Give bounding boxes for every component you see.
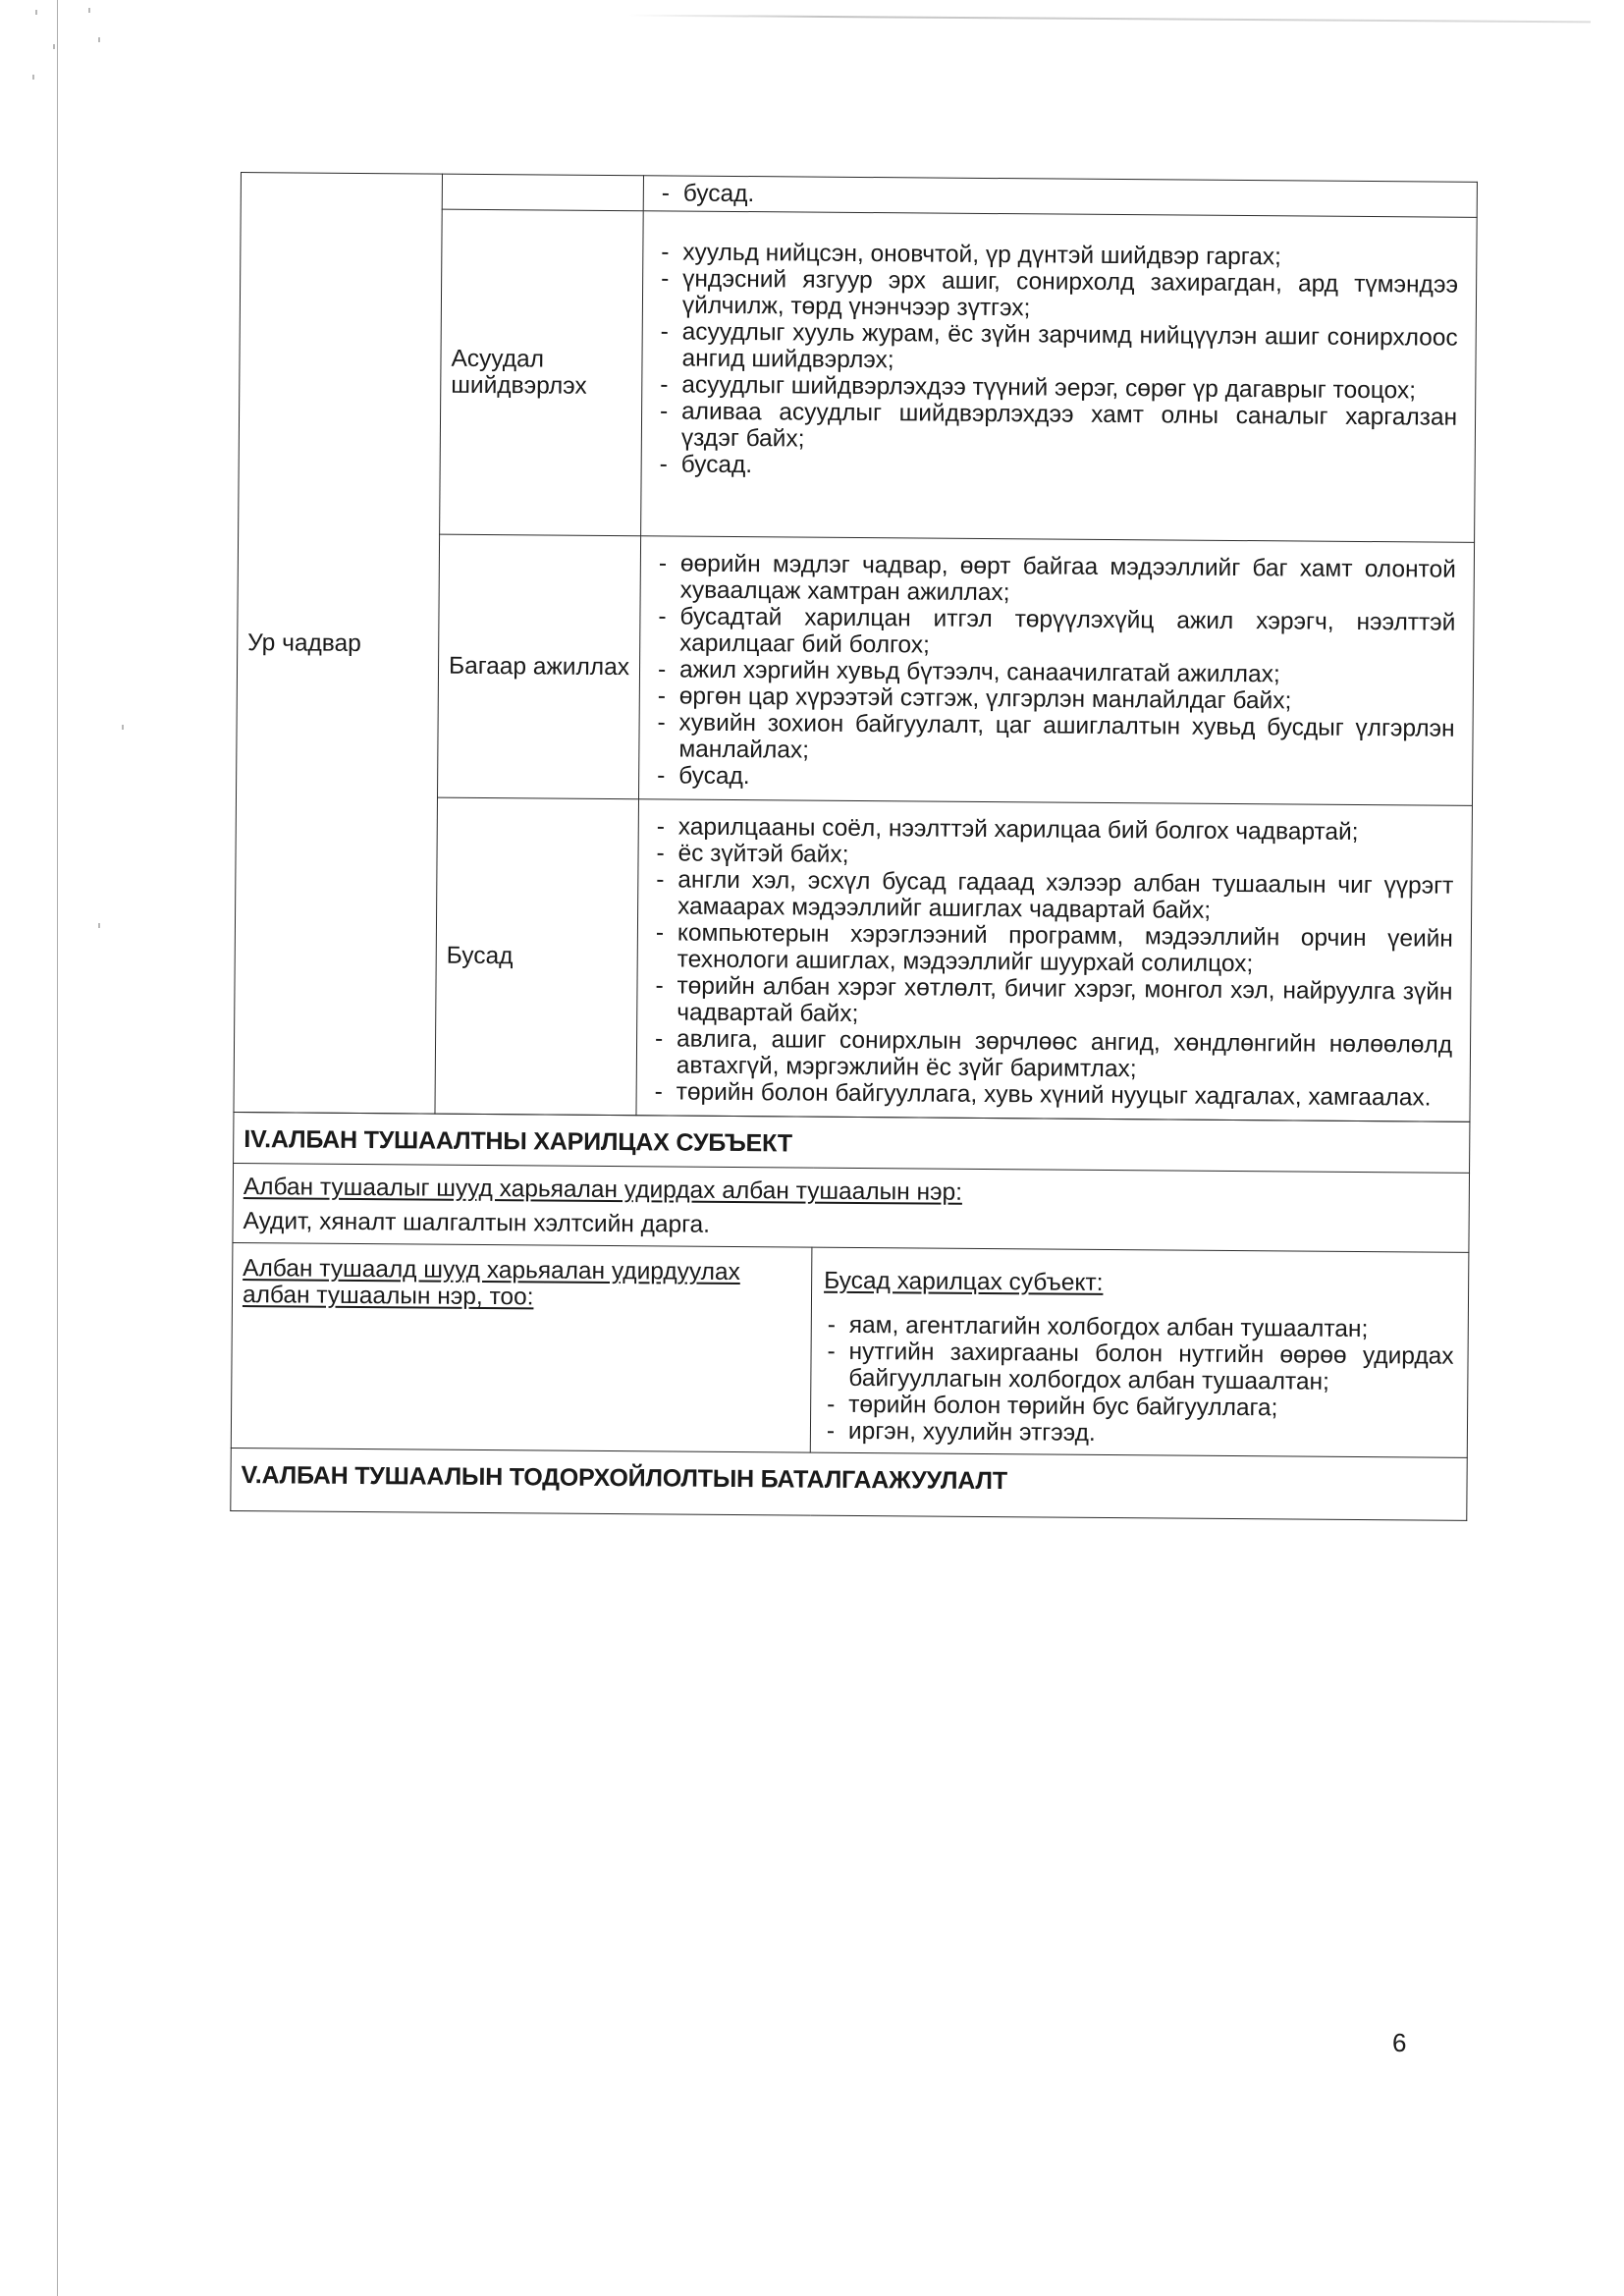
list-item: үндэсний язгуур эрх ашиг, сонирхолд захи… <box>657 265 1458 324</box>
items-cell: өөрийн мэдлэг чадвар, өөрт байгаа мэдээл… <box>638 536 1474 806</box>
list-item: компьютерын хэрэглээний программ, мэдээл… <box>652 919 1453 978</box>
items-cell: хуульд нийцсэн, оновчтой, үр дүнтэй шийд… <box>641 211 1478 543</box>
scan-speck <box>98 37 100 42</box>
category-label: Ур чадвар <box>247 629 361 657</box>
scan-speck <box>122 725 124 730</box>
section5-heading: V.АЛБАН ТУШААЛЫН ТОДОРХОЙЛОЛТЫН БАТАЛГАА… <box>231 1448 1467 1520</box>
scan-top-line <box>628 15 1591 24</box>
list-item: аливаа асуудлыг шийдвэрлэхдээ хамт олны … <box>656 398 1457 457</box>
sub-label-cell: Бусад <box>435 797 639 1116</box>
subordinates-label: Албан тушаалд шууд харьяалан удирдуулах … <box>243 1255 799 1312</box>
list-item: хувийн зохион байгуулалт, цаг ашиглалтын… <box>653 709 1454 768</box>
sub-label-cell: Багаар ажиллах <box>438 534 641 799</box>
list-item: иргэн, хуулийн этгээд. <box>823 1418 1453 1449</box>
list-item: асуудлыг хууль журам, ёс зүйн зарчимд ни… <box>656 318 1457 377</box>
competency-table: Ур чадвар бусад. Асуудал шийдвэрлэх хуул… <box>233 172 1477 1122</box>
list-item: бусад. <box>658 180 1459 212</box>
category-cell: Ур чадвар <box>234 173 443 1115</box>
sub-label: Багаар ажиллах <box>449 653 629 681</box>
supervisor-label: Албан тушаалыг шууд харьяалан удирдах ал… <box>244 1174 1459 1210</box>
list-item: төрийн болон байгууллага, хувь хүний нуу… <box>651 1078 1452 1111</box>
table-row: Албан тушаалыг шууд харьяалан удирдах ал… <box>233 1163 1470 1252</box>
other-subjects-label: Бусад харилцах субъект: <box>824 1268 1454 1299</box>
other-subjects-cell: Бусад харилцах субъект: яам, агентлагийн… <box>810 1247 1469 1457</box>
table-row: Албан тушаалд шууд харьяалан удирдуулах … <box>231 1242 1469 1457</box>
list-item: бусад. <box>653 762 1454 794</box>
section4-table: IV.АЛБАН ТУШААЛТНЫ ХАРИЛЦАХ СУБЪЕКТ Алба… <box>230 1112 1470 1521</box>
page-number: 6 <box>1392 2028 1406 2058</box>
scan-speck <box>35 10 37 15</box>
scan-speck <box>53 44 55 49</box>
list-item: бусадтай харилцан итгэл төрүүлэхүйц ажил… <box>654 603 1455 662</box>
scan-edge-line <box>57 0 58 2296</box>
items-cell: харилцааны соёл, нээлттэй харилцаа бий б… <box>636 799 1473 1122</box>
subordinates-cell: Албан тушаалд шууд харьяалан удирдуулах … <box>231 1242 812 1452</box>
scan-speck <box>32 75 34 80</box>
sub-label: Бусад <box>447 943 514 970</box>
table-row: Ур чадвар бусад. <box>241 173 1477 218</box>
list-item: төрийн албан хэрэг хөтлөлт, бичиг хэрэг,… <box>651 972 1452 1031</box>
scan-speck <box>98 923 100 928</box>
list-item: өөрийн мэдлэг чадвар, өөрт байгаа мэдээл… <box>655 550 1456 609</box>
list-item: авлига, ашиг сонирхлын зөрчлөөс ангид, х… <box>651 1025 1452 1084</box>
document-page: Ур чадвар бусад. Асуудал шийдвэрлэх хуул… <box>230 172 1478 1521</box>
supervisor-value: Аудит, хяналт шалгалтын хэлтсийн дарга. <box>244 1208 1459 1244</box>
list-item: нутгийн захиргааны болон нутгийн өөрөө у… <box>823 1339 1453 1396</box>
sub-label-cell: Асуудал шийдвэрлэх <box>440 209 644 536</box>
empty-cell <box>442 174 643 211</box>
sub-label: Асуудал шийдвэрлэх <box>451 346 587 400</box>
list-item: англи хэл, эсхүл бусад гадаад хэлээр алб… <box>652 866 1453 925</box>
supervisor-cell: Албан тушаалыг шууд харьяалан удирдах ал… <box>233 1163 1470 1252</box>
scan-speck <box>88 8 90 13</box>
list-item: бусад. <box>656 451 1457 483</box>
table-row: V.АЛБАН ТУШААЛЫН ТОДОРХОЙЛОЛТЫН БАТАЛГАА… <box>231 1448 1467 1520</box>
